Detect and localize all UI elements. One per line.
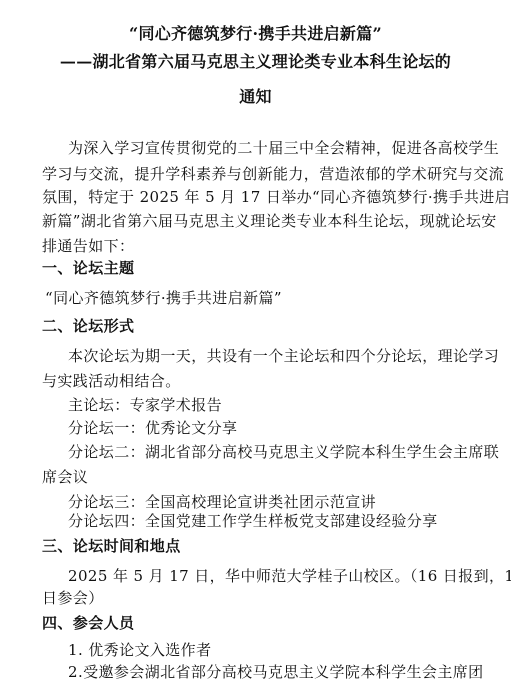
theme-text: “同心齐德筑梦行·携手共进启新篇” [45,288,282,308]
intro-line-2: 学习与交流，提升学科素养与创新能力，营造浓郁的学术研究与交流 [42,164,444,184]
attendee-item-1: 1. 优秀论文入选作者 [68,640,211,660]
document-page: “同心齐德筑梦行·携手共进启新篇” ——湖北省第六届马克思主义理论类专业本科生论… [0,0,511,696]
section-heading-time-place: 三、论坛时间和地点 [42,536,181,556]
format-line-1: 本次论坛为期一天，共设有一个主论坛和四个分论坛，理论学习 [68,346,444,366]
title-line-1: “同心齐德筑梦行·携手共进启新篇” [0,23,511,45]
title-line-3: 通知 [0,86,511,108]
intro-line-5: 排通告如下： [42,236,134,256]
intro-line-3: 氛围，特定于 2025 年 5 月 17 日举办“同心齐德筑梦行·携手共进启 [42,187,444,207]
section-heading-theme: 一、论坛主题 [42,258,134,278]
main-forum-item: 主论坛：专家学术报告 [68,395,222,415]
sub-forum-2-item-cont: 席会议 [42,467,88,487]
intro-line-4: 新篇”湖北省第六届马克思主义理论类专业本科生论坛，现就论坛安 [42,211,444,231]
sub-forum-1-item: 分论坛一：优秀论文分享 [68,418,237,438]
intro-line-1: 为深入学习宣传贯彻党的二十届三中全会精神，促进各高校学生 [68,138,444,158]
format-line-2: 与实践活动相结合。 [42,371,181,391]
section-heading-format: 二、论坛形式 [42,316,134,336]
time-place-line-2: 日参会） [42,588,104,608]
title-line-2: ——湖北省第六届马克思主义理论类专业本科生论坛的 [0,51,511,73]
section-heading-attendees: 四、参会人员 [42,613,134,633]
sub-forum-3-item: 分论坛三：全国高校理论宣讲类社团示范宣讲 [68,492,376,512]
sub-forum-4-item: 分论坛四：全国党建工作学生样板党支部建设经验分享 [68,511,438,531]
time-place-line-1: 2025 年 5 月 17 日，华中师范大学桂子山校区。（16 日报到，17 [68,566,444,586]
sub-forum-2-item: 分论坛二：湖北省部分高校马克思主义学院本科生学生会主席联 [68,442,444,462]
attendee-item-2: 2.受邀参会湖北省部分高校马克思主义学院本科学生会主席团 [68,662,484,682]
